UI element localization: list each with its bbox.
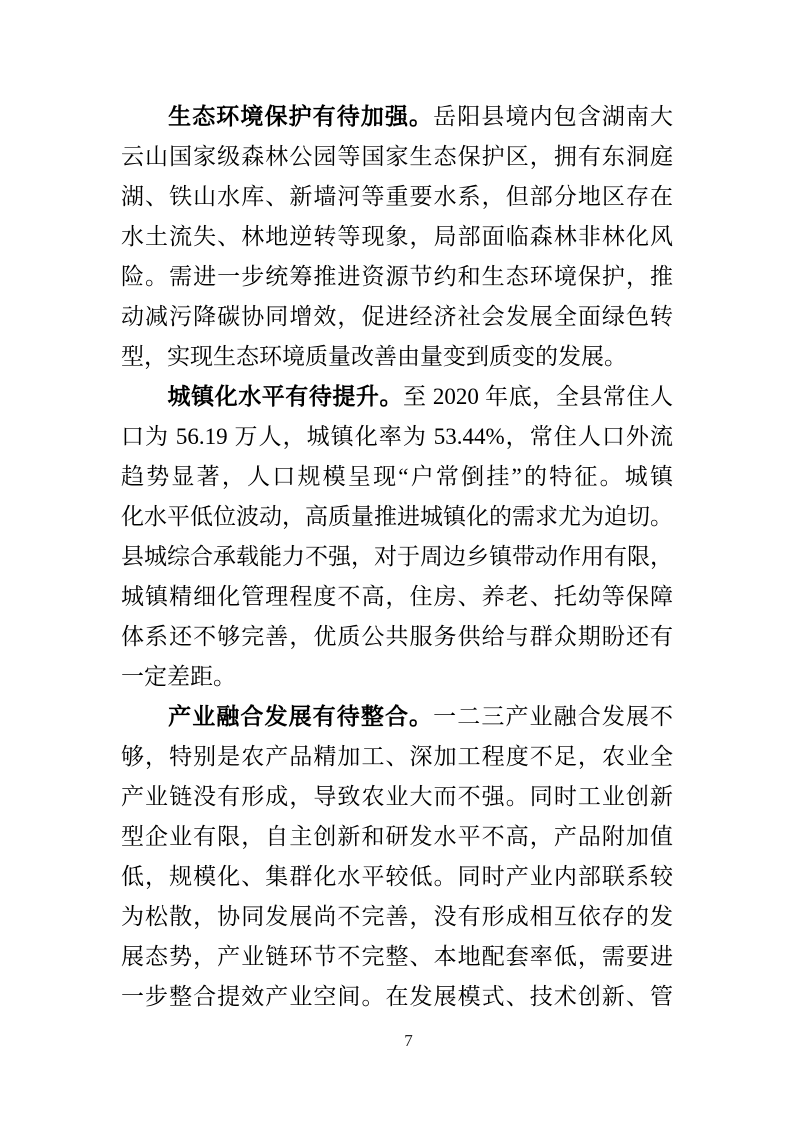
text-line: 动减污降碳协同增效，促进经济社会发展全面绿色转 (121, 297, 673, 337)
paragraph-lead: 产业融合发展有待整合。 (167, 704, 433, 729)
text-line: 云山国家级森林公园等国家生态保护区，拥有东洞庭 (121, 137, 673, 177)
text-line: 险。需进一步统筹推进资源节约和生态环境保护，推 (121, 257, 673, 297)
document-page: 生态环境保护有待加强。岳阳县境内包含湖南大云山国家级森林公园等国家生态保护区，拥… (0, 0, 793, 1122)
page-number: 7 (12, 1030, 793, 1052)
document-body: 生态环境保护有待加强。岳阳县境内包含湖南大云山国家级森林公园等国家生态保护区，拥… (121, 97, 673, 1017)
text-line: 产业融合发展有待整合。一二三产业融合发展不 (121, 697, 673, 737)
paragraph-lead: 生态环境保护有待加强。 (167, 104, 433, 129)
first-line-indent (121, 723, 167, 724)
text-line: 产业链没有形成，导致农业大而不强。同时工业创新 (121, 777, 673, 817)
text-line: 一定差距。 (121, 657, 673, 697)
first-line-indent (121, 403, 167, 404)
text-line: 低，规模化、集群化水平较低。同时产业内部联系较 (121, 857, 673, 897)
paragraph-lead: 城镇化水平有待提升。 (167, 384, 403, 409)
text-line: 水土流失、林地逆转等现象，局部面临森林非林化风 (121, 217, 673, 257)
text-line: 化水平低位波动，高质量推进城镇化的需求尤为迫切。 (121, 497, 673, 537)
text-line: 城镇化水平有待提升。至 2020 年底，全县常住人 (121, 377, 673, 417)
first-line-indent (121, 123, 167, 124)
text-line: 趋势显著，人口规模呈现“户常倒挂”的特征。城镇 (121, 457, 673, 497)
text-line: 湖、铁山水库、新墙河等重要水系，但部分地区存在 (121, 177, 673, 217)
text-line: 型企业有限，自主创新和研发水平不高，产品附加值 (121, 817, 673, 857)
urbanization-paragraph: 城镇化水平有待提升。至 2020 年底，全县常住人口为 56.19 万人，城镇化… (121, 377, 673, 697)
industry-paragraph: 产业融合发展有待整合。一二三产业融合发展不够，特别是农产品精加工、深加工程度不足… (121, 697, 673, 1017)
text-line: 展态势，产业链环节不完整、本地配套率低，需要进 (121, 937, 673, 977)
text-line: 县城综合承载能力不强，对于周边乡镇带动作用有限， (121, 537, 673, 577)
text-line: 口为 56.19 万人，城镇化率为 53.44%，常住人口外流 (121, 417, 673, 457)
text-line: 一步整合提效产业空间。在发展模式、技术创新、管 (121, 977, 673, 1017)
text-line: 体系还不够完善，优质公共服务供给与群众期盼还有 (121, 617, 673, 657)
text-line: 型，实现生态环境质量改善由量变到质变的发展。 (121, 337, 673, 377)
text-line: 生态环境保护有待加强。岳阳县境内包含湖南大 (121, 97, 673, 137)
text-line: 城镇精细化管理程度不高，住房、养老、托幼等保障 (121, 577, 673, 617)
text-line: 够，特别是农产品精加工、深加工程度不足，农业全 (121, 737, 673, 777)
ecology-paragraph: 生态环境保护有待加强。岳阳县境内包含湖南大云山国家级森林公园等国家生态保护区，拥… (121, 97, 673, 377)
text-line: 为松散，协同发展尚不完善，没有形成相互依存的发 (121, 897, 673, 937)
